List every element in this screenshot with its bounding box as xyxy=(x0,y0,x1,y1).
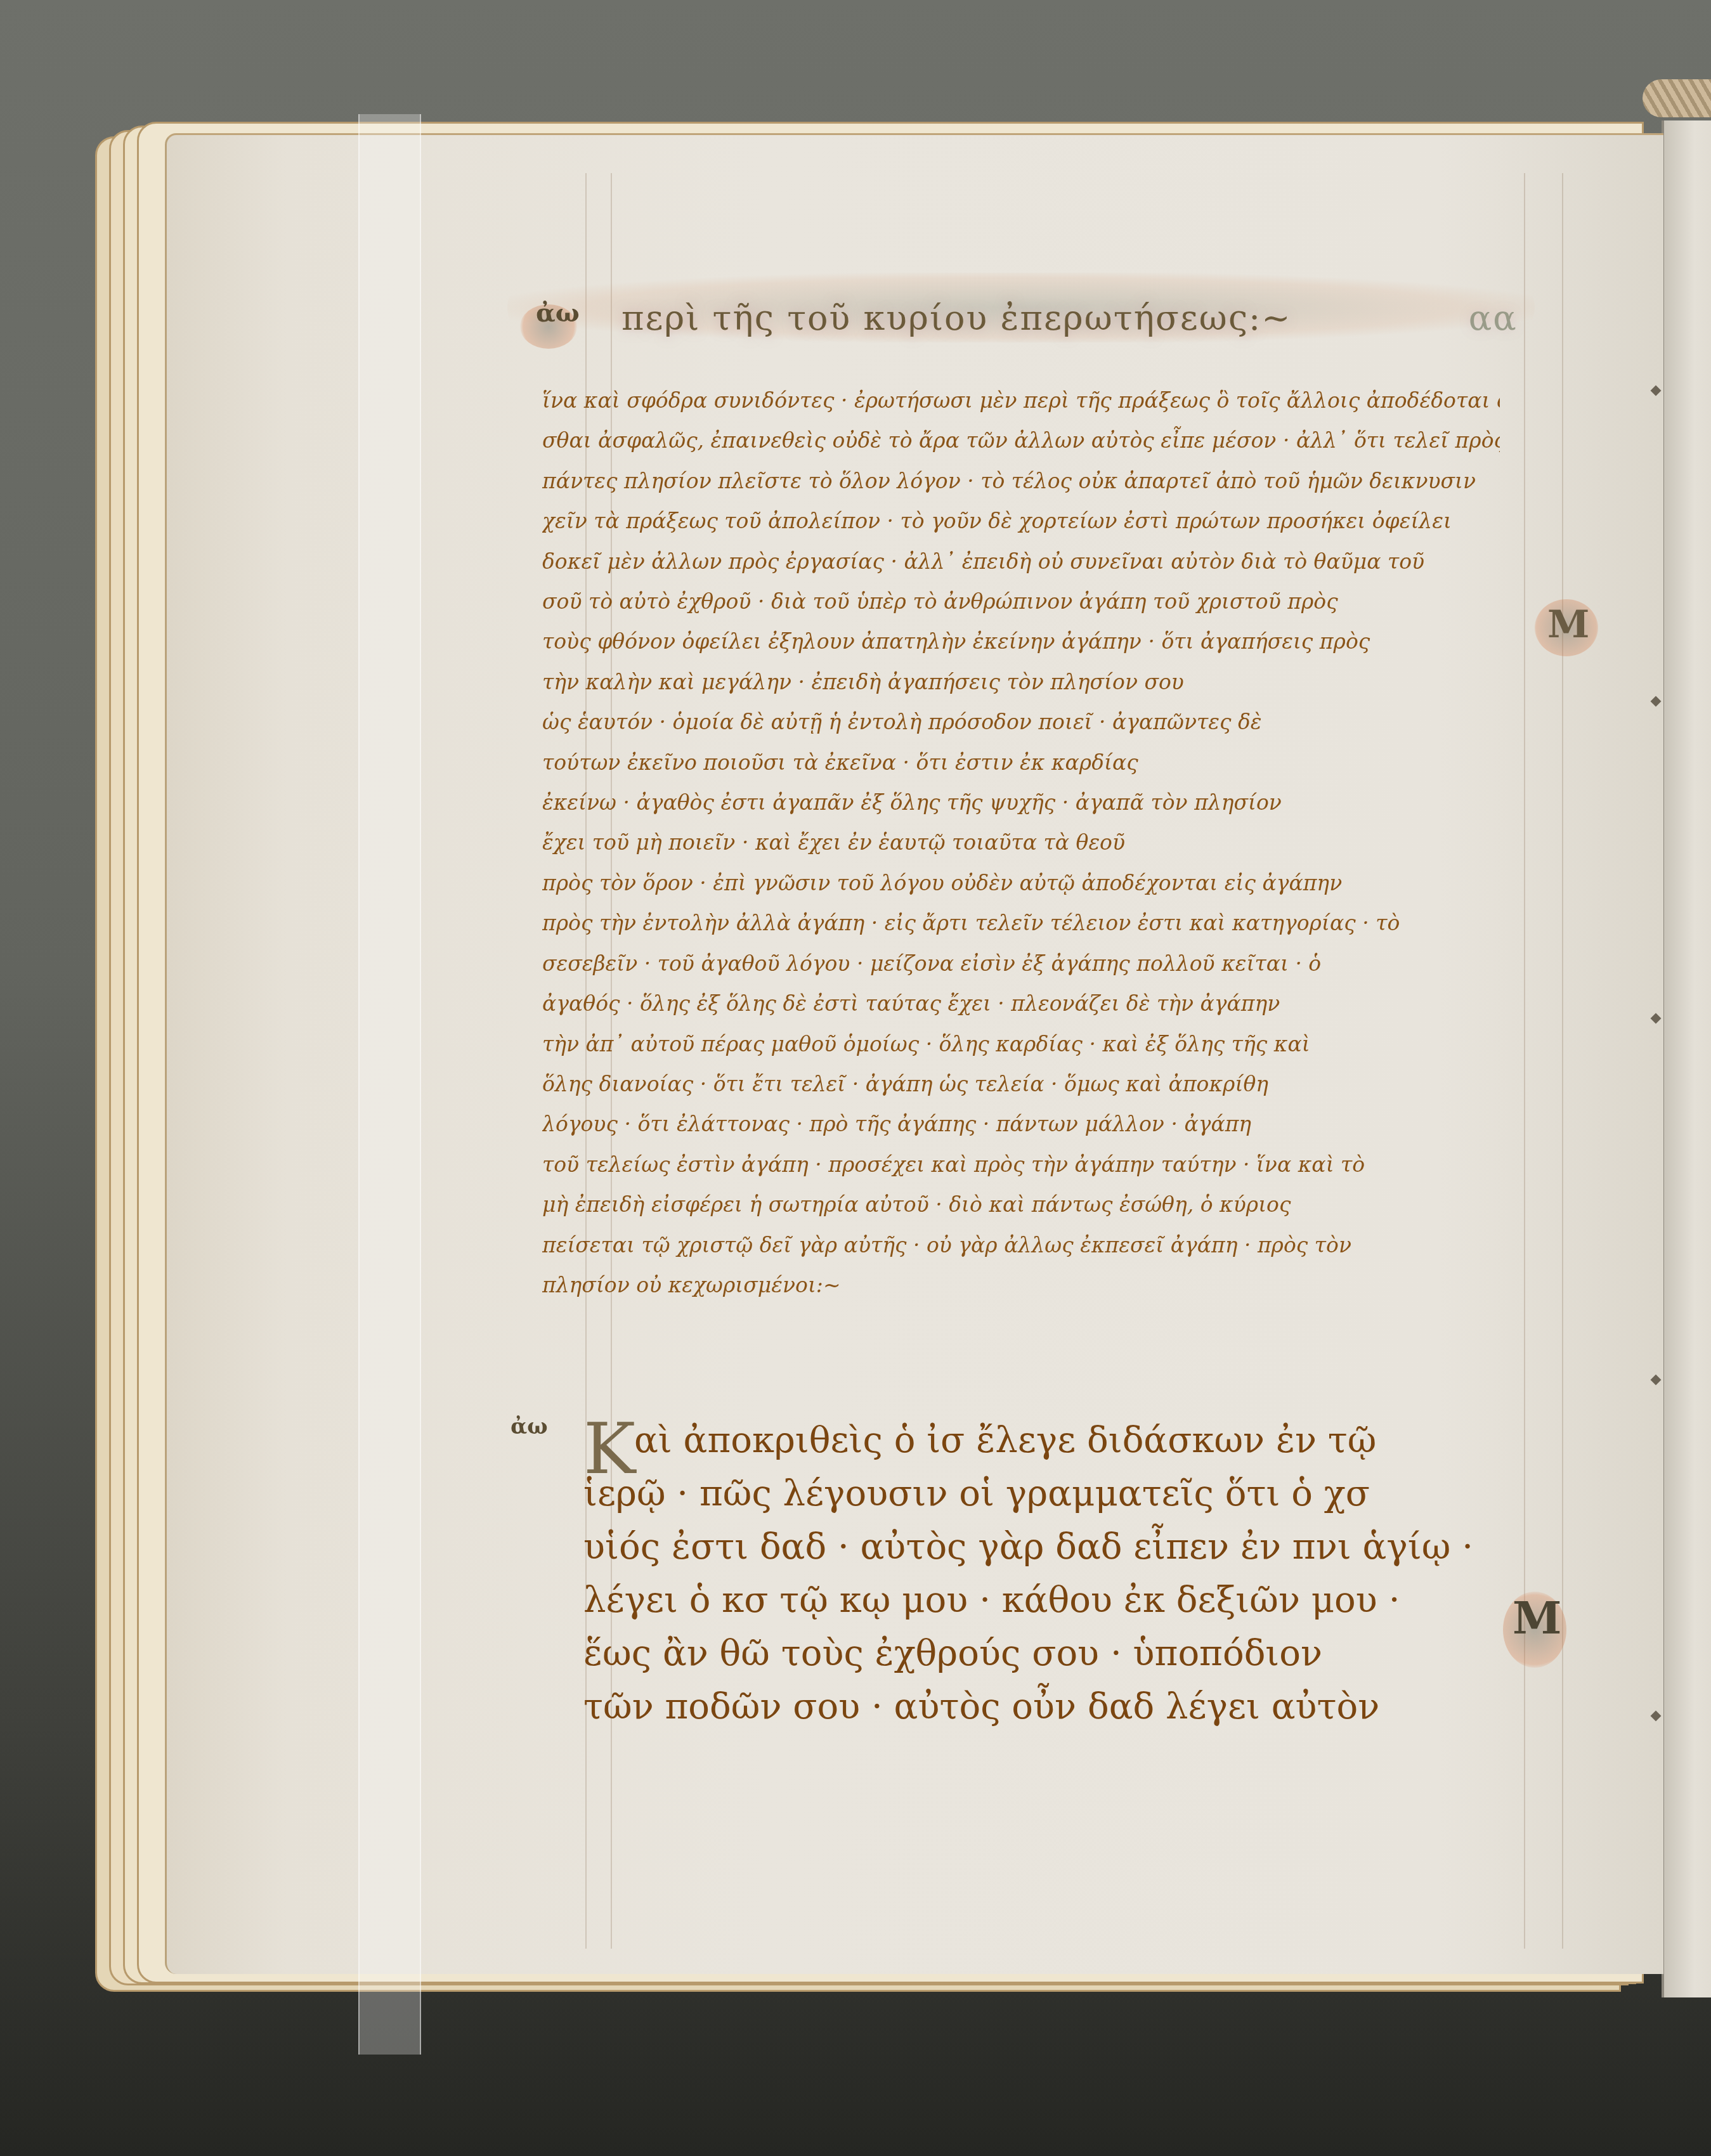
lemma-line: υἱός ἐστι δαδ · αὐτὸς γὰρ δαδ εἶπεν ἐν π… xyxy=(583,1521,1484,1574)
ruling-line xyxy=(1524,173,1525,1949)
margin-marker-upper: Μ xyxy=(1547,602,1589,647)
commentary-line: σοῦ τὸ αὐτὸ ἐχθροῦ · διὰ τοῦ ὑπὲρ τὸ ἀνθ… xyxy=(542,581,1500,621)
commentary-line: πλησίον οὐ κεχωρισμένοι:~ xyxy=(542,1265,1500,1305)
commentary-line: μὴ ἐπειδὴ εἰσφέρει ἡ σωτηρία αὐτοῦ · διὸ… xyxy=(542,1185,1500,1224)
commentary-line: τὴν καλὴν καὶ μεγάλην · ἐπειδὴ ἀγαπήσεις… xyxy=(542,662,1500,702)
commentary-line: ἵνα καὶ σφόδρα συνιδόντες · ἐρωτήσωσι μὲ… xyxy=(542,380,1500,420)
heading-right-marker: αα xyxy=(1469,298,1518,338)
commentary-line: ἔχει τοῦ μὴ ποιεῖν · καὶ ἔχει ἐν ἑαυτῷ τ… xyxy=(542,822,1500,862)
commentary-line: πάντες πλησίον πλεῖστε τὸ ὅλον λόγον · τ… xyxy=(542,461,1500,501)
lemma-line: τῶν ποδῶν σου · αὐτὸς οὖν δαδ λέγει αὐτὸ… xyxy=(583,1680,1484,1734)
commentary-line: πρὸς τὴν ἐντολὴν ἀλλὰ ἀγάπη · εἰς ἄρτι τ… xyxy=(542,903,1500,943)
commentary-line: δοκεῖ μὲν ἀλλων πρὸς ἐργασίας · ἀλλ᾿ ἐπε… xyxy=(542,542,1500,581)
lemma-line: ἕως ἂν θῶ τοὺς ἐχθρούς σου · ὑποπόδιον xyxy=(583,1627,1484,1680)
lemma-line: λέγει ὁ κσ τῷ κῳ μου · κάθου ἐκ δεξιῶν μ… xyxy=(583,1574,1484,1627)
lemma-line: αὶ ἀποκριθεὶς ὁ ἰσ ἔλεγε διδάσκων ἐν τῷ xyxy=(583,1414,1484,1467)
commentary-line: ἐκείνω · ἀγαθὸς ἐστι ἀγαπᾶν ἐξ ὅλης τῆς … xyxy=(542,783,1500,822)
ruling-line xyxy=(1562,173,1563,1949)
margin-marker-lower: Μ xyxy=(1513,1592,1562,1644)
commentary-text: ἵνα καὶ σφόδρα συνιδόντες · ἐρωτήσωσι μὲ… xyxy=(542,380,1500,1305)
binding-cord xyxy=(1643,79,1711,117)
section-heading: περὶ τῆς τοῦ κυρίου ἐπερωτήσεως:~ αα xyxy=(533,298,1518,338)
conservation-tape xyxy=(358,114,421,2055)
facing-page-edge xyxy=(1662,120,1711,1997)
commentary-line: ἀγαθός · ὅλης ἐξ ὅλης δὲ ἐστὶ ταύτας ἔχε… xyxy=(542,984,1500,1023)
commentary-line: σεσεβεῖν · τοῦ ἀγαθοῦ λόγου · μείζονα εἰ… xyxy=(542,944,1500,984)
commentary-line: τούτων ἐκεῖνο ποιοῦσι τὰ ἐκεῖνα · ὅτι ἐσ… xyxy=(542,743,1500,783)
commentary-line: λόγους · ὅτι ἐλάττονας · πρὸ τῆς ἀγάπης … xyxy=(542,1104,1500,1144)
commentary-line: τοὺς φθόνον ὀφείλει ἐξηλουν ἀπατηλὴν ἐκε… xyxy=(542,621,1500,661)
commentary-line: πείσεται τῷ χριστῷ δεῖ γὰρ αὐτῆς · οὐ γὰ… xyxy=(542,1225,1500,1265)
commentary-line: τοῦ τελείως ἐστὶν ἀγάπη · προσέχει καὶ π… xyxy=(542,1145,1500,1185)
gospel-lemma: αὶ ἀποκριθεὶς ὁ ἰσ ἔλεγε διδάσκων ἐν τῷ … xyxy=(583,1414,1484,1734)
lemma-line: ἱερῷ · πῶς λέγουσιν οἱ γραμματεῖς ὅτι ὁ … xyxy=(583,1467,1484,1521)
commentary-line: χεῖν τὰ πράξεως τοῦ ἀπολείπον · τὸ γοῦν … xyxy=(542,501,1500,541)
commentary-line: σθαι ἀσφαλῶς, ἐπαινεθεὶς οὐδὲ τὸ ἄρα τῶν… xyxy=(542,420,1500,460)
commentary-line: ὅλης διανοίας · ὅτι ἔτι τελεῖ · ἀγάπη ὡς… xyxy=(542,1064,1500,1104)
heading-title: περὶ τῆς τοῦ κυρίου ἐπερωτήσεως:~ xyxy=(621,298,1292,338)
commentary-line: πρὸς τὸν ὅρον · ἐπὶ γνῶσιν τοῦ λόγου οὐδ… xyxy=(542,863,1500,903)
commentary-line: ὡς ἑαυτόν · ὁμοία δὲ αὐτῇ ἡ ἐντολὴ πρόσο… xyxy=(542,702,1500,742)
margin-marker-lemma: ἀω xyxy=(511,1414,548,1439)
commentary-line: τὴν ἀπ᾿ αὐτοῦ πέρας μαθοῦ ὁμοίως · ὅλης … xyxy=(542,1024,1500,1064)
